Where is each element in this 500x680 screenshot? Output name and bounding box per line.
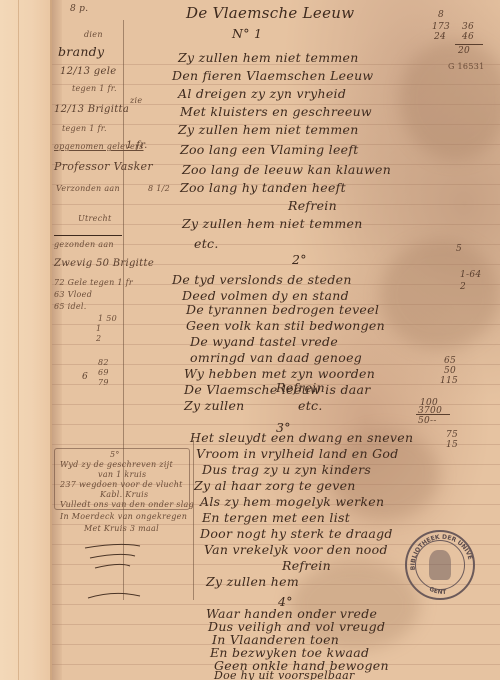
manuscript-page: De Vlaemsche Leeuw N° 1 8 173 24 36 46 2… [0, 0, 500, 680]
margin-note: Verzonden aan [56, 184, 120, 193]
sheet-edge [50, 0, 52, 680]
boxed-note-line: Kabl. Kruis [100, 490, 148, 499]
margin-note: 8 1/2 [148, 184, 170, 193]
margin-number: 2 [460, 282, 466, 292]
verse-line: Doe hy uit voorspelbaar [214, 669, 355, 680]
margin-note: 12/13 Brigitta [54, 104, 129, 115]
margin-note: 79 [98, 378, 109, 387]
shelfmark: G 16531 [448, 62, 484, 71]
verse-line: omringd van daad genoeg [190, 350, 362, 365]
scribble-marks [80, 540, 170, 610]
verse-line: De tyd verslonds de steden [172, 272, 352, 287]
divider-stroke [54, 235, 122, 236]
refrain-line: Zy zullen [184, 398, 245, 413]
corner-number: 20 [458, 46, 470, 56]
verse-line: Al dreigen zy zyn vryheid [178, 86, 346, 101]
verse-line: Dus trag zy u zyn kinders [202, 462, 371, 477]
verse-line: Zy zullen hem niet temmen [178, 50, 359, 65]
margin-line [193, 440, 194, 600]
corner-number: 24 [434, 32, 446, 42]
sum-line [416, 414, 450, 415]
verse-line: Zoo lang de leeuw kan klauwen [182, 162, 391, 177]
torn-edge [52, 0, 62, 680]
boxed-note-line: In Moerdeck van ongekregen [60, 512, 187, 521]
margin-note: tegen 1 fr. [72, 84, 117, 93]
margin-note: Professor Vasker [54, 160, 153, 173]
verse-line: Wy hebben met zyn woorden [184, 366, 375, 381]
refrain-line: Zy zullen hem [206, 574, 299, 589]
verse-line: Van vrekelyk voor den nood [204, 542, 388, 557]
margin-number: 5 [456, 244, 462, 254]
verse-line: Zoo lang hy tanden heeft [180, 180, 346, 195]
margin-note: 69 [98, 368, 109, 377]
verse-line: Den fieren Vlaemschen Leeuw [172, 68, 373, 83]
refrain-line: Zy zullen hem niet temmen [182, 216, 363, 231]
margin-number: 15 [446, 440, 458, 450]
verse-heading: 2° [292, 252, 307, 267]
stamp-text-ring: BIBLIOTHEEK DER UNIVERSITEIT GENT [407, 532, 477, 602]
margin-note: dien [84, 30, 103, 39]
corner-number: 46 [462, 32, 474, 42]
verse-line: Als zy hem mogelyk werken [200, 494, 384, 509]
refrain-label: Refrein [282, 558, 331, 573]
margin-note: 8 p. [70, 4, 88, 14]
verse-line: En tergen met een list [202, 510, 350, 525]
margin-note: tegen 1 fr. [62, 124, 107, 133]
verse-line: Geen volk kan stil bedwongen [186, 318, 385, 333]
margin-number: 65 [444, 356, 456, 366]
corner-number: 36 [462, 22, 474, 32]
boxed-note-number: 5° [110, 450, 120, 459]
refrain-label: Refrein [276, 380, 325, 395]
library-stamp: BIBLIOTHEEK DER UNIVERSITEIT GENT [405, 530, 475, 600]
etc-mark: etc. [194, 236, 219, 251]
margin-number: 50-- [418, 416, 437, 426]
margin-note: 65 idel. [54, 302, 87, 311]
etc-mark: etc. [298, 398, 323, 413]
document-number: N° 1 [232, 26, 262, 41]
margin-number: 115 [440, 376, 458, 386]
margin-note: 82 [98, 358, 109, 367]
boxed-note-line: Met Kruis 3 maal [84, 524, 159, 533]
water-stain [380, 240, 500, 350]
margin-note: 63 Vloed [54, 290, 92, 299]
document-title: De Vlaemsche Leeuw [186, 4, 354, 22]
refrain-label: Refrein [288, 198, 337, 213]
margin-number: 75 [446, 430, 458, 440]
margin-number: 50 [444, 366, 456, 376]
verse-line: Deed volmen dy en stand [182, 288, 349, 303]
verse-line: Zy zullen hem niet temmen [178, 122, 359, 137]
verse-line: De tyrannen bedrogen teveel [186, 302, 379, 317]
margin-note: 2 [96, 334, 101, 343]
margin-note: Utrecht [78, 214, 111, 223]
water-stain [400, 40, 500, 160]
svg-text:GENT: GENT [428, 586, 447, 596]
margin-note: 1 [96, 324, 101, 333]
verse-line: Het sleuydt een dwang en sneven [190, 430, 413, 445]
margin-number: 1-64 [460, 270, 481, 280]
corner-number: 173 [432, 22, 450, 32]
boxed-note-line: Wyd zy de geschreven zijt [60, 460, 173, 469]
verse-line: De wyand tastel vrede [190, 334, 338, 349]
ruled-line [52, 204, 500, 205]
ruled-line [52, 84, 500, 85]
verse-line: Zoo lang een Vlaming leeft [180, 142, 359, 157]
boxed-note-line: 237 wegdoen voor de vlucht [60, 480, 183, 489]
margin-note: 72 Gele tegen 1 fr [54, 278, 133, 287]
verse-line: Zy al haar zorg te geven [194, 478, 356, 493]
margin-note: brandy [58, 44, 104, 59]
margin-note: Zwevig 50 Brigitte [54, 258, 154, 269]
verse-line: Vroom in vrylheid land en God [196, 446, 399, 461]
ruled-line [52, 244, 500, 245]
margin-note: 1 50 [98, 314, 117, 323]
margin-note: gezonden aan [54, 240, 114, 249]
corner-number: 8 [438, 10, 444, 20]
verse-line: Met kluisters en geschreeuw [180, 104, 372, 119]
boxed-note-line: van 1 kruis [98, 470, 146, 479]
margin-note: 6 [82, 372, 88, 382]
stub-fold-line [18, 0, 19, 680]
verse-line: Door nogt hy sterk te draagd [200, 526, 393, 541]
boxed-note-line: Vulledt ons van den onder slag [60, 500, 194, 509]
svg-text:BIBLIOTHEEK DER UNIVERSITEIT: BIBLIOTHEEK DER UNIVERSITEIT [407, 532, 473, 570]
margin-note: 12/13 gele [60, 66, 116, 77]
binding-stub [0, 0, 52, 680]
sum-line [455, 44, 483, 45]
margin-note: zie [130, 96, 142, 105]
margin-note: 1 fr. [126, 140, 148, 151]
